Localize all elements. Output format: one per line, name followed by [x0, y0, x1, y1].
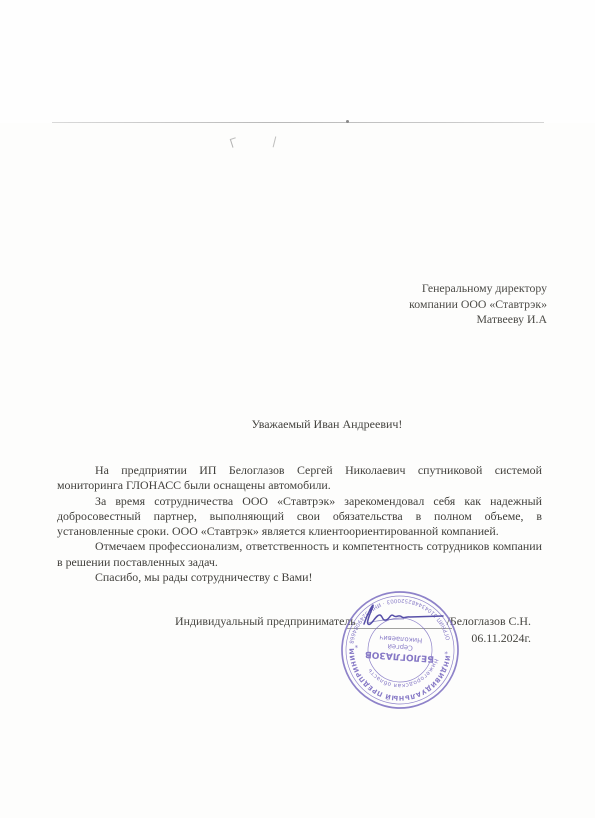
scan-paper-edge — [52, 122, 544, 123]
recipient-line: Генеральному директору — [247, 281, 547, 297]
body-paragraph: За время сотрудничества ООО «Ставтрэк» з… — [57, 494, 542, 540]
body-paragraph: Спасибо, мы рады сотрудничеству с Вами! — [57, 570, 542, 585]
stamp-star-icon: * — [354, 641, 359, 649]
body-paragraph: На предприятии ИП Белоглазов Сергей Нико… — [57, 463, 542, 494]
recipient-line: Матвееву И.А — [247, 312, 547, 328]
stamp-star-icon: * — [444, 647, 449, 655]
letter-date: 06.11.2024г. — [471, 631, 531, 646]
body-paragraph: Отмечаем профессионализм, ответственност… — [57, 539, 542, 570]
recipient-address-block: Генеральному директору компании ООО «Ста… — [247, 281, 547, 328]
scan-speck — [346, 120, 349, 123]
letter-body: На предприятии ИП Белоглазов Сергей Нико… — [57, 463, 542, 585]
recipient-line: компании ООО «Ставтрэк» — [247, 297, 547, 313]
signer-title: Индивидуальный предприниматель — [175, 614, 356, 629]
scanned-letter-page: Генеральному директору компании ООО «Ста… — [0, 0, 595, 818]
salutation: Уважаемый Иван Андреевич! — [85, 417, 569, 432]
handwritten-signature — [344, 596, 459, 636]
